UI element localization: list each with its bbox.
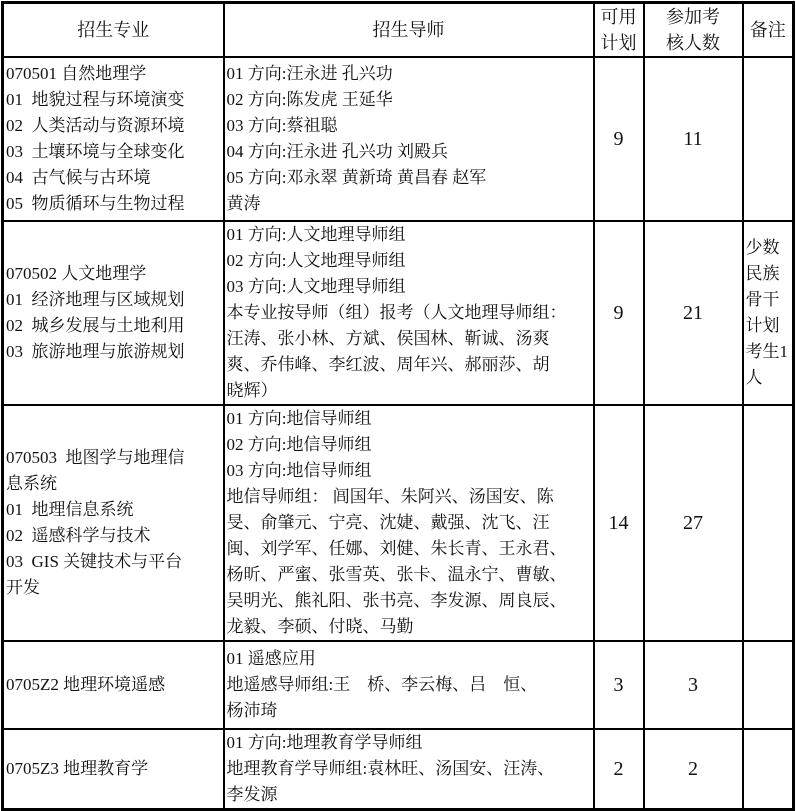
plan-value: 3 [597,674,641,697]
cell-major-070501: 070501 自然地理学 01 地貌过程与环境演变 02 人类活动与资源环境 0… [3,57,224,221]
major-text: 0705Z3 地理教育学 [6,756,221,782]
header-plan: 可用 计划 [594,3,644,58]
major-text: 0705Z2 地理环境遥感 [6,672,221,698]
header-advisor-label: 招生导师 [227,17,591,43]
assess-value: 2 [647,758,740,781]
assess-value: 21 [647,302,740,325]
cell-major-070502: 070502 人文地理学 01 经济地理与区域规划 02 城乡发展与土地利用 0… [3,221,224,405]
cell-assess-070503: 27 [644,405,743,641]
cell-major-0705Z2: 0705Z2 地理环境遥感 [3,641,224,729]
advisor-text: 01 方向:地理教育学导师组 地理教育学导师组:袁林旺、汤国安、汪涛、 李发源 [227,730,591,808]
cell-advisor-070503: 01 方向:地信导师组 02 方向:地信导师组 03 方向:地信导师组 地信导师… [224,405,594,641]
header-assess: 参加考 核人数 [644,3,743,58]
table-row-070502: 070502 人文地理学 01 经济地理与区域规划 02 城乡发展与土地利用 0… [3,221,794,405]
cell-major-070503: 070503 地图学与地理信 息系统 01 地理信息系统 02 遥感科学与技术 … [3,405,224,641]
header-remark-label: 备注 [746,17,791,43]
table-row-070501: 070501 自然地理学 01 地貌过程与环境演变 02 人类活动与资源环境 0… [3,57,794,221]
header-major-label: 招生专业 [6,17,221,43]
cell-plan-070501: 9 [594,57,644,221]
cell-plan-0705Z3: 2 [594,729,644,810]
admissions-table: 招生专业 招生导师 可用 计划 参加考 核人数 备注 070501 自然地理学 … [1,1,795,811]
advisor-text: 01 方向:地信导师组 02 方向:地信导师组 03 方向:地信导师组 地信导师… [227,406,591,640]
header-row: 招生专业 招生导师 可用 计划 参加考 核人数 备注 [3,3,794,58]
cell-advisor-070501: 01 方向:汪永进 孔兴功 02 方向:陈发虎 王延华 03 方向:蔡祖聪 04… [224,57,594,221]
cell-advisor-070502: 01 方向:人文地理导师组 02 方向:人文地理导师组 03 方向:人文地理导师… [224,221,594,405]
assess-value: 27 [647,512,740,535]
advisor-text: 01 遥感应用 地遥感导师组:王 桥、李云梅、吕 恒、 杨沛琦 [227,646,591,724]
table-header: 招生专业 招生导师 可用 计划 参加考 核人数 备注 [3,3,794,58]
plan-value: 9 [597,128,641,151]
cell-assess-0705Z3: 2 [644,729,743,810]
cell-remark-070501 [743,57,794,221]
advisor-text: 01 方向:人文地理导师组 02 方向:人文地理导师组 03 方向:人文地理导师… [227,222,591,404]
cell-major-0705Z3: 0705Z3 地理教育学 [3,729,224,810]
plan-value: 14 [597,512,641,535]
remark-text: 少数 民族 骨干 计划 考生1 人 [746,235,791,391]
plan-value: 9 [597,302,641,325]
table-row-0705Z3: 0705Z3 地理教育学 01 方向:地理教育学导师组 地理教育学导师组:袁林旺… [3,729,794,810]
cell-assess-0705Z2: 3 [644,641,743,729]
cell-advisor-0705Z2: 01 遥感应用 地遥感导师组:王 桥、李云梅、吕 恒、 杨沛琦 [224,641,594,729]
cell-plan-0705Z2: 3 [594,641,644,729]
header-major: 招生专业 [3,3,224,58]
cell-remark-070503 [743,405,794,641]
header-plan-label: 可用 计划 [597,4,641,56]
advisor-text: 01 方向:汪永进 孔兴功 02 方向:陈发虎 王延华 03 方向:蔡祖聪 04… [227,61,591,217]
cell-advisor-0705Z3: 01 方向:地理教育学导师组 地理教育学导师组:袁林旺、汤国安、汪涛、 李发源 [224,729,594,810]
major-text: 070503 地图学与地理信 息系统 01 地理信息系统 02 遥感科学与技术 … [6,445,221,601]
major-text: 070502 人文地理学 01 经济地理与区域规划 02 城乡发展与土地利用 0… [6,261,221,365]
plan-value: 2 [597,758,641,781]
cell-remark-0705Z2 [743,641,794,729]
header-assess-label: 参加考 核人数 [647,4,740,56]
table-body: 070501 自然地理学 01 地貌过程与环境演变 02 人类活动与资源环境 0… [3,57,794,810]
cell-assess-070501: 11 [644,57,743,221]
header-advisor: 招生导师 [224,3,594,58]
cell-plan-070502: 9 [594,221,644,405]
assess-value: 11 [647,128,740,151]
major-text: 070501 自然地理学 01 地貌过程与环境演变 02 人类活动与资源环境 0… [6,61,221,217]
cell-remark-0705Z3 [743,729,794,810]
table-row-0705Z2: 0705Z2 地理环境遥感 01 遥感应用 地遥感导师组:王 桥、李云梅、吕 恒… [3,641,794,729]
cell-remark-070502: 少数 民族 骨干 计划 考生1 人 [743,221,794,405]
header-remark: 备注 [743,3,794,58]
cell-assess-070502: 21 [644,221,743,405]
table-row-070503: 070503 地图学与地理信 息系统 01 地理信息系统 02 遥感科学与技术 … [3,405,794,641]
cell-plan-070503: 14 [594,405,644,641]
assess-value: 3 [647,674,740,697]
